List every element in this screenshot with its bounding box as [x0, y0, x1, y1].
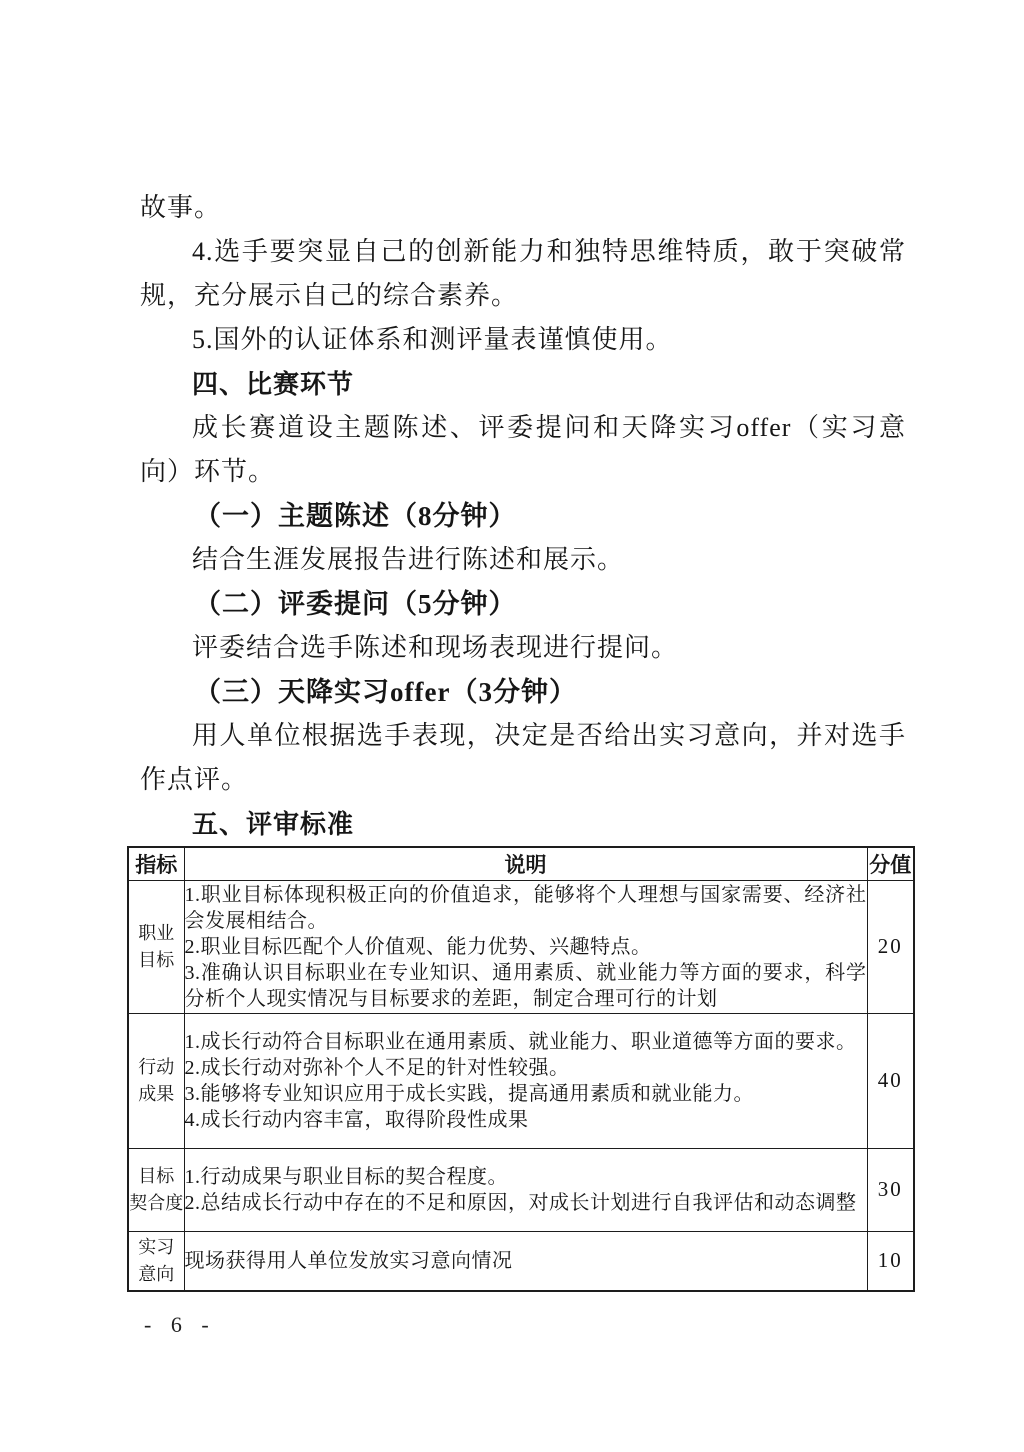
score-cell: 30: [867, 1148, 914, 1231]
table-row-internship-intent: 实习 意向 现场获得用人单位发放实习意向情况 10: [128, 1231, 914, 1291]
indicator-cell: 职业 目标: [128, 880, 184, 1013]
body-paragraph-continuation: 故事。: [140, 186, 906, 230]
document-page: 故事。 4.选手要突显自己的创新能力和独特思维特质，敢于突破常规，充分展示自己的…: [0, 0, 1024, 1452]
score-cell: 20: [867, 880, 914, 1013]
table-row-action-results: 行动 成果 1.成长行动符合目标职业在通用素质、就业能力、职业道德等方面的要求。…: [128, 1013, 914, 1148]
table-row-goal-fit: 目标 契合度 1.行动成果与职业目标的契合程度。 2.总结成长行动中存在的不足和…: [128, 1148, 914, 1231]
subsection-heading-theme-presentation: （一）主题陈述（8分钟）: [140, 494, 906, 538]
table-row-career-goal: 职业 目标 1.职业目标体现积极正向的价值追求，能够将个人理想与国家需要、经济社…: [128, 880, 914, 1013]
subsection-heading-internship-offer: （三）天降实习offer（3分钟）: [140, 670, 906, 714]
column-header-indicator: 指标: [128, 847, 184, 880]
body-paragraph-judge-questions: 评委结合选手陈述和现场表现进行提问。: [140, 626, 906, 670]
evaluation-criteria-table: 指标 说明 分值 职业 目标 1.职业目标体现积极正向的价值追求，能够将个人理想…: [127, 846, 915, 1292]
body-paragraph-item-5: 5.国外的认证体系和测评量表谨慎使用。: [140, 318, 906, 362]
indicator-cell: 目标 契合度: [128, 1148, 184, 1231]
document-body: 故事。 4.选手要突显自己的创新能力和独特思维特质，敢于突破常规，充分展示自己的…: [140, 186, 906, 1292]
indicator-cell: 行动 成果: [128, 1013, 184, 1148]
body-paragraph-item-4: 4.选手要突显自己的创新能力和独特思维特质，敢于突破常规，充分展示自己的综合素养…: [140, 230, 906, 318]
description-cell: 1.职业目标体现积极正向的价值追求，能够将个人理想与国家需要、经济社会发展相结合…: [184, 880, 867, 1013]
score-cell: 10: [867, 1231, 914, 1291]
subsection-heading-judge-questions: （二）评委提问（5分钟）: [140, 582, 906, 626]
section-heading-competition-stages: 四、比赛环节: [140, 362, 906, 406]
indicator-cell: 实习 意向: [128, 1231, 184, 1291]
column-header-description: 说明: [184, 847, 867, 880]
page-number: - 6 -: [144, 1312, 216, 1338]
section-heading-evaluation-criteria: 五、评审标准: [140, 802, 906, 846]
body-paragraph-stages-intro: 成长赛道设主题陈述、评委提问和天降实习offer（实习意向）环节。: [140, 406, 906, 494]
table-header-row: 指标 说明 分值: [128, 847, 914, 880]
description-cell: 现场获得用人单位发放实习意向情况: [184, 1231, 867, 1291]
body-paragraph-internship-offer: 用人单位根据选手表现，决定是否给出实习意向，并对选手作点评。: [140, 714, 906, 802]
body-paragraph-theme-presentation: 结合生涯发展报告进行陈述和展示。: [140, 538, 906, 582]
score-cell: 40: [867, 1013, 914, 1148]
description-cell: 1.行动成果与职业目标的契合程度。 2.总结成长行动中存在的不足和原因，对成长计…: [184, 1148, 867, 1231]
column-header-score: 分值: [867, 847, 914, 880]
description-cell: 1.成长行动符合目标职业在通用素质、就业能力、职业道德等方面的要求。 2.成长行…: [184, 1013, 867, 1148]
